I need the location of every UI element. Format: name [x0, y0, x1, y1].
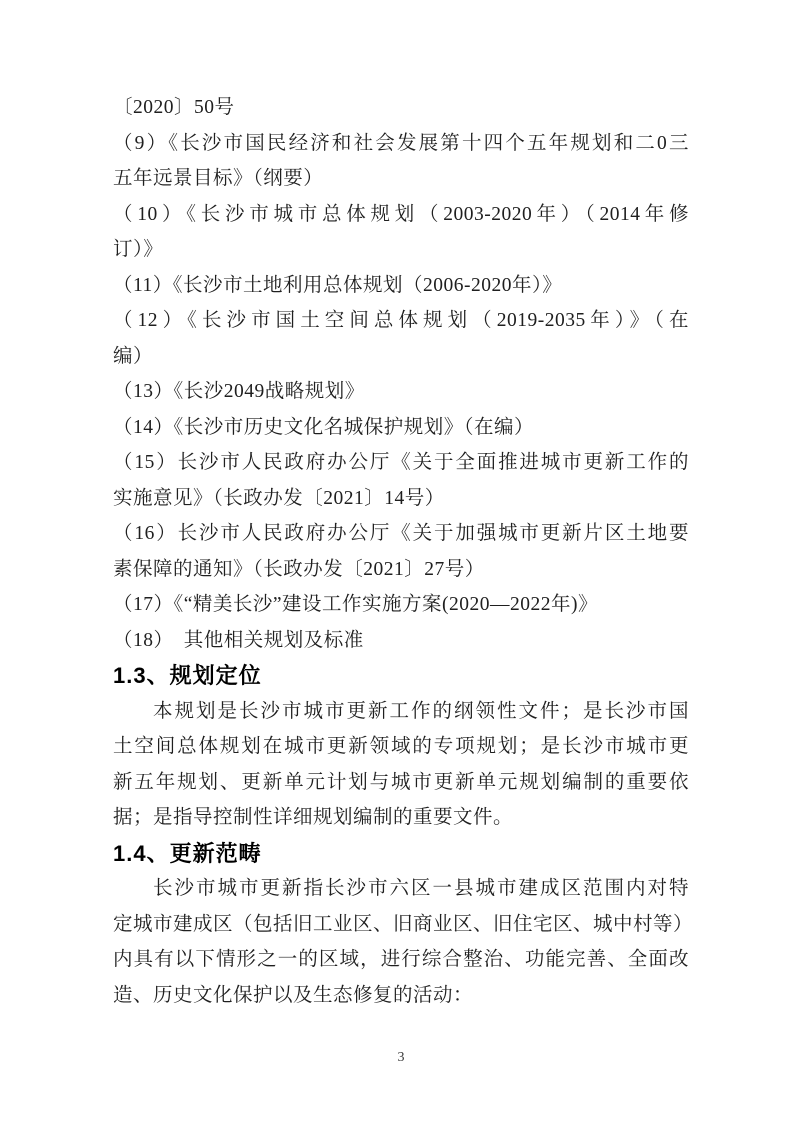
document-line: 素保障的通知》（长政办发〔2021〕27号）: [113, 552, 689, 588]
section-heading: 1.3、规划定位: [113, 658, 689, 694]
document-line: （17）《“精美长沙”建设工作实施方案(2020—2022年)》: [113, 587, 689, 623]
document-line: 长沙市城市更新指长沙市六区一县城市建成区范围内对特: [113, 871, 689, 907]
section-heading: 1.4、更新范畴: [113, 836, 689, 872]
document-line: （18） 其他相关规划及标准: [113, 623, 689, 659]
document-line: 〔2020〕50号: [113, 90, 689, 126]
document-page: 〔2020〕50号（9）《长沙市国民经济和社会发展第十四个五年规划和二0三五年远…: [0, 0, 800, 1132]
document-line: 实施意见》（长政办发〔2021〕14号）: [113, 481, 689, 517]
document-line: 编）: [113, 339, 689, 375]
document-content: 〔2020〕50号（9）《长沙市国民经济和社会发展第十四个五年规划和二0三五年远…: [113, 90, 689, 1013]
document-line: 内具有以下情形之一的区域，进行综合整治、功能完善、全面改: [113, 942, 689, 978]
document-line: 定城市建成区（包括旧工业区、旧商业区、旧住宅区、城中村等）: [113, 907, 689, 943]
document-line: （15）长沙市人民政府办公厅《关于全面推进城市更新工作的: [113, 445, 689, 481]
document-line: 新五年规划、更新单元计划与城市更新单元规划编制的重要依: [113, 765, 689, 801]
document-line: （14）《长沙市历史文化名城保护规划》（在编）: [113, 410, 689, 446]
document-line: （13）《长沙2049战略规划》: [113, 374, 689, 410]
document-line: （11）《长沙市土地利用总体规划（2006-2020年）》: [113, 268, 689, 304]
document-line: （16）长沙市人民政府办公厅《关于加强城市更新片区土地要: [113, 516, 689, 552]
document-line: 造、历史文化保护以及生态修复的活动：: [113, 978, 689, 1014]
document-line: 订）》: [113, 232, 689, 268]
document-line: （9）《长沙市国民经济和社会发展第十四个五年规划和二0三: [113, 126, 689, 162]
document-line: （12）《长沙市国土空间总体规划（2019-2035年）》（在: [113, 303, 689, 339]
document-line: 五年远景目标》（纲要）: [113, 161, 689, 197]
document-line: 土空间总体规划在城市更新领域的专项规划；是长沙市城市更: [113, 729, 689, 765]
document-line: （10）《长沙市城市总体规划（2003-2020年）（2014年修: [113, 197, 689, 233]
document-line: 本规划是长沙市城市更新工作的纲领性文件；是长沙市国: [113, 694, 689, 730]
page-number: 3: [113, 1050, 689, 1066]
document-line: 据；是指导控制性详细规划编制的重要文件。: [113, 800, 689, 836]
